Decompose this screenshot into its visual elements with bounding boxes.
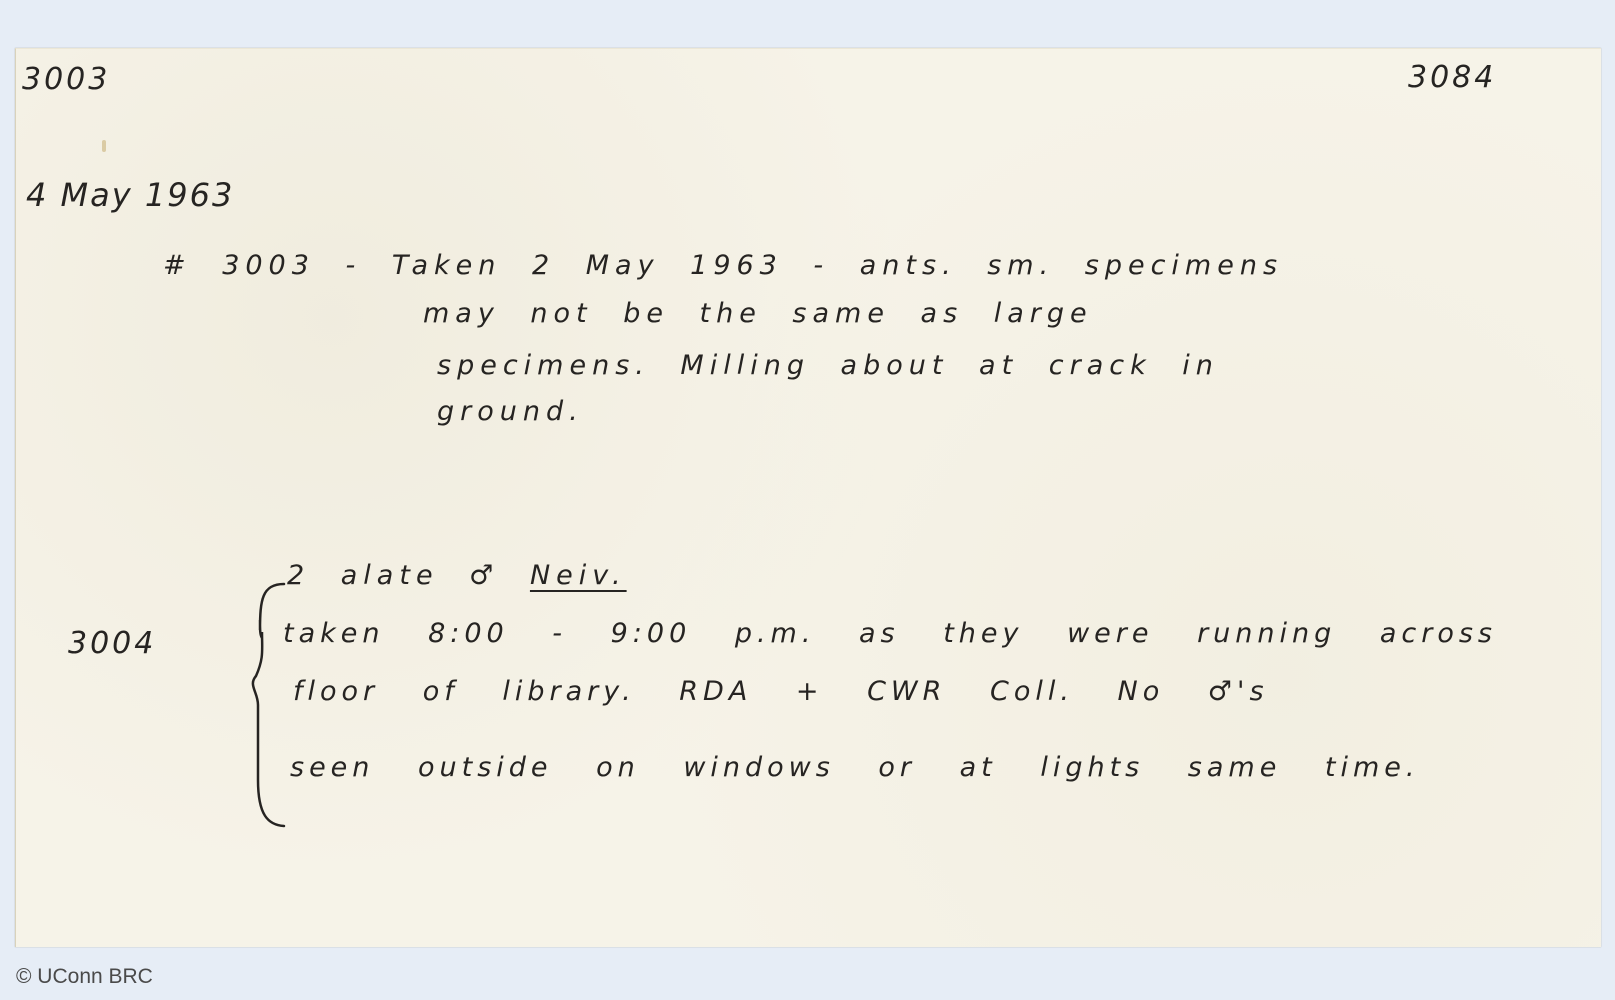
copyright-notice: © UConn BRC [16,965,153,989]
entry-3004-number: 3004 [68,626,156,661]
paper-stain [102,140,106,152]
entry-3004-line3: floor of library. RDA + CWR Coll. No ♂'s [293,676,1269,707]
card-date: 4 May 1963 [26,176,234,214]
entry-3003-line4: ground. [437,396,584,427]
entry-3004-caste: 2 alate ♂ [287,560,499,591]
entry-3004-line4: seen outside on windows or at lights sam… [290,752,1420,783]
card-number-left: 3003 [22,62,110,97]
entry-3004-genus: Neiv. [530,560,627,591]
curly-brace [248,580,288,830]
entry-3004-line2: taken 8:00 - 9:00 p.m. as they were runn… [283,618,1497,649]
entry-3003-line2: may not be the same as large [423,298,1093,329]
entry-3003-line3: specimens. Milling about at crack in [437,350,1219,381]
entry-3003-line1: # 3003 - Taken 2 May 1963 - ants. sm. sp… [163,250,1283,281]
entry-3004-line1: 2 alate ♂ Neiv. [287,560,627,591]
card-number-right: 3084 [1408,60,1496,95]
